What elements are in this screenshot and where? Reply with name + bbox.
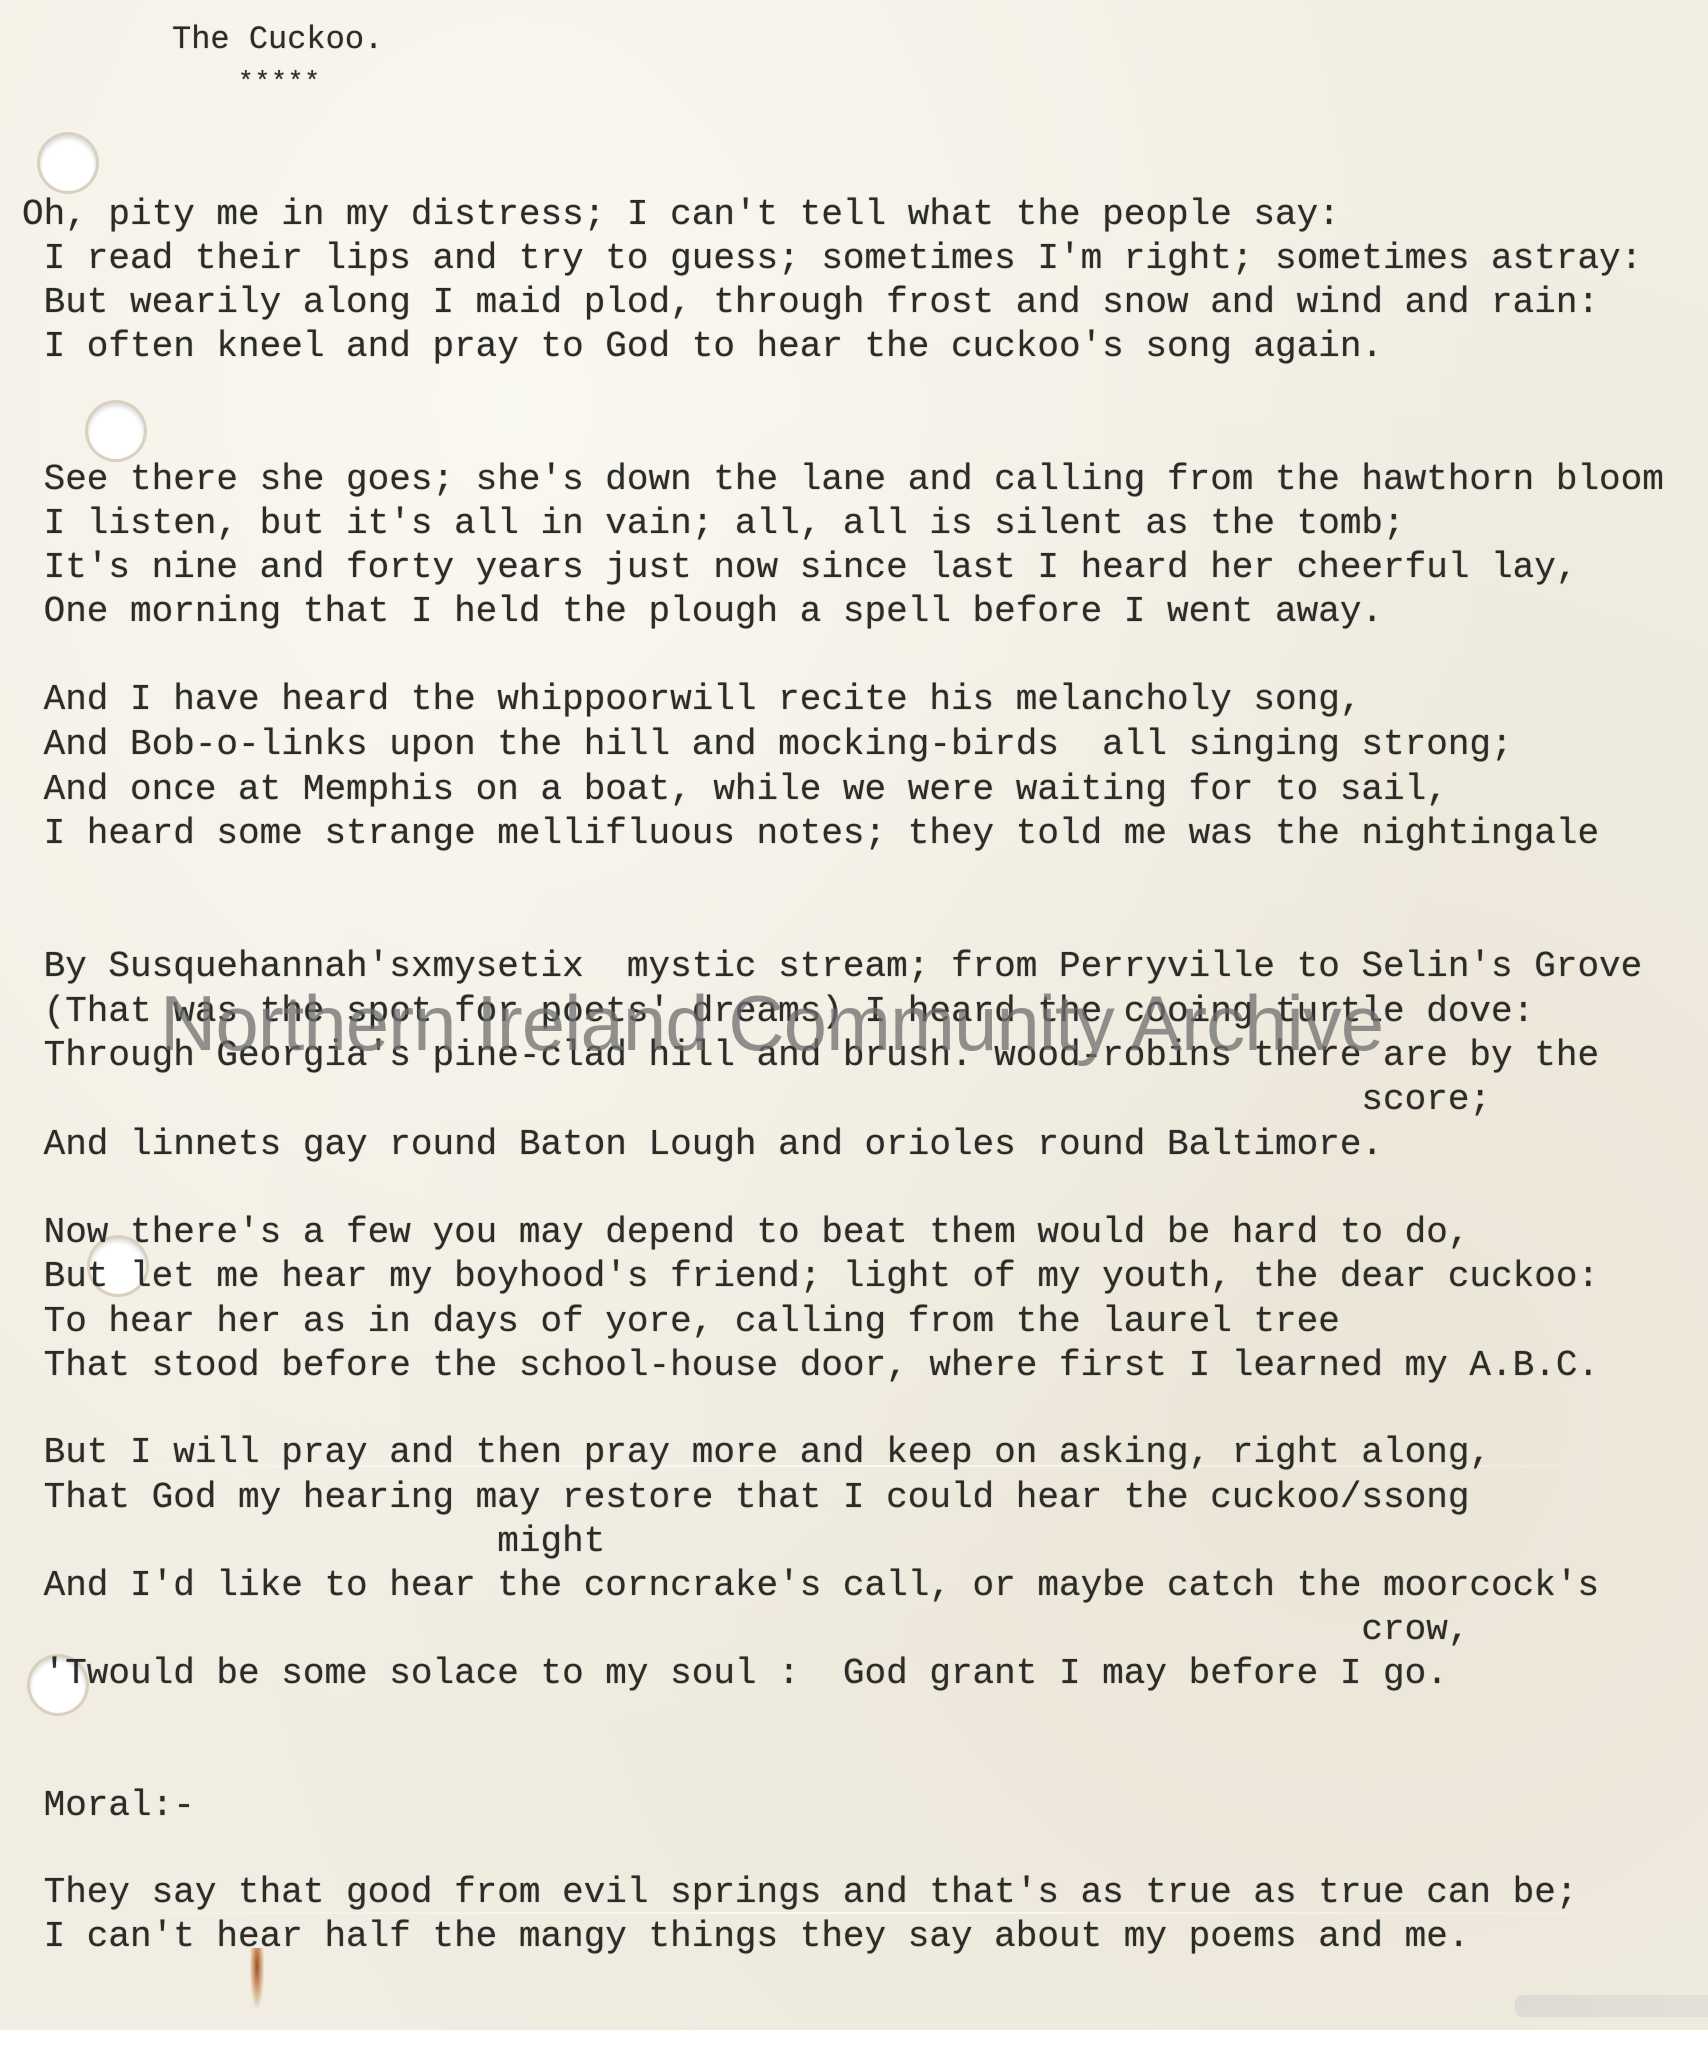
poem-line: I heard some strange mellifluous notes; … [22,814,1599,854]
poem-line: It's nine and forty years just now since… [22,548,1577,588]
moral-label: Moral:- [22,1786,195,1826]
poem-line: I listen, but it's all in vain; all, all… [22,504,1405,544]
poem-line: 'Twould be some solace to my soul : God … [22,1654,1448,1694]
poem-line: I often kneel and pray to God to hear th… [22,327,1383,367]
poem-line: See there she goes; she's down the lane … [22,460,1664,500]
poem-line: To hear her as in days of yore, calling … [22,1302,1340,1342]
pencil-annotation [1515,1995,1708,2017]
punch-hole [40,135,96,191]
moral-line: They say that good from evil springs and… [22,1873,1577,1913]
poem-line-continuation: score; [22,1080,1491,1120]
archive-watermark: Northern Ireland Community Archive [160,978,1383,1068]
poem-line: But wearily along I maid plod, through f… [22,283,1599,323]
moral-line: I can't hear half the mangy things they … [22,1917,1469,1957]
poem-line: But let me hear my boyhood's friend; lig… [22,1257,1599,1297]
poem-line: And I have heard the whippoorwill recite… [22,680,1361,720]
rust-stain [250,1948,264,2008]
poem-line: Now there's a few you may depend to beat… [22,1213,1469,1253]
poem-line: And I'd like to hear the corncrake's cal… [22,1566,1599,1606]
punch-hole [88,403,144,459]
poem-line: Oh, pity me in my distress; I can't tell… [22,195,1340,235]
poem-line: And linnets gay round Baton Lough and or… [22,1125,1383,1165]
poem-line: I read their lips and try to guess; some… [22,239,1642,279]
poem-line-continuation: crow, [22,1610,1469,1650]
poem-line: That stood before the school-house door,… [22,1346,1599,1386]
poem-line: That God my hearing may restore that I c… [22,1478,1469,1518]
poem-line: One morning that I held the plough a spe… [22,592,1383,632]
scan-background [0,2030,1708,2048]
poem-line: And once at Memphis on a boat, while we … [22,770,1448,810]
poem-line-correction: might [22,1522,605,1562]
poem-title: The Cuckoo. [172,20,383,60]
poem-line: But I will pray and then pray more and k… [22,1433,1491,1473]
poem-line: And Bob-o-links upon the hill and mockin… [22,725,1513,765]
title-ornament: ***** [238,62,321,102]
